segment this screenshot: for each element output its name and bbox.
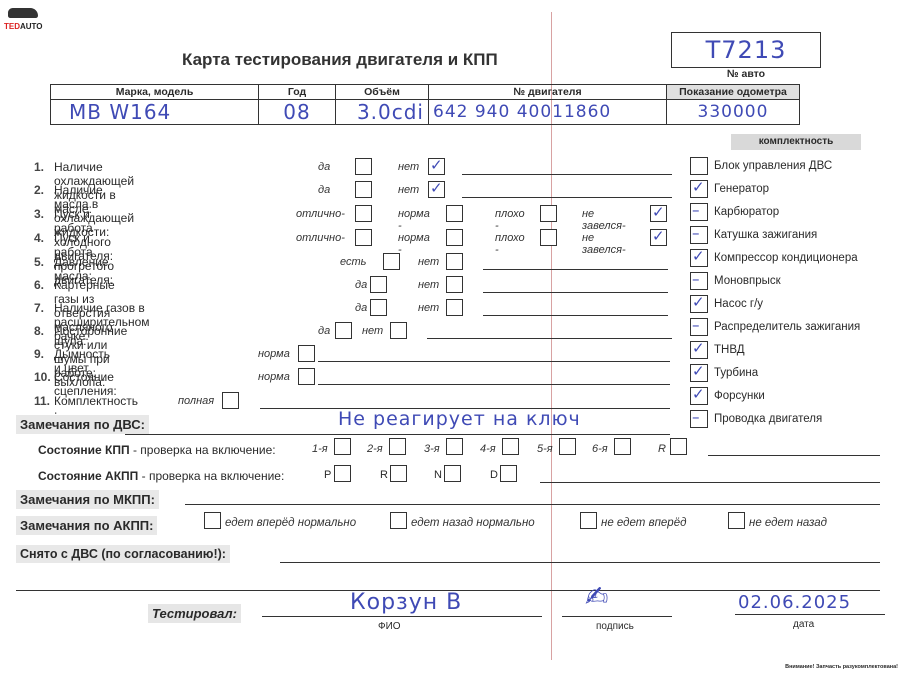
gear-label: R bbox=[658, 443, 666, 455]
option-label: да bbox=[318, 184, 330, 196]
test-date[interactable]: 02.06.2025 bbox=[738, 592, 851, 613]
check-mark-icon: – bbox=[692, 224, 700, 242]
checkbox[interactable] bbox=[446, 276, 463, 293]
akpp-option-label: не едет вперёд bbox=[601, 517, 686, 529]
signature[interactable]: ✍ bbox=[585, 580, 609, 613]
value-make-model: MB W164 bbox=[51, 100, 259, 125]
header-odometer: Показание одометра bbox=[667, 85, 800, 100]
remarks-ice-field[interactable]: Не реагирует на ключ bbox=[338, 408, 581, 430]
completeness-item[interactable]: –Проводка двигателя bbox=[690, 410, 822, 428]
akpp-option-checkbox[interactable] bbox=[390, 512, 407, 529]
akpp-option-label: едет вперёд нормально bbox=[225, 517, 356, 529]
option-label: нет bbox=[418, 302, 439, 314]
check-mark-icon: – bbox=[692, 201, 700, 219]
completeness-label: Проводка двигателя bbox=[714, 413, 822, 425]
checkbox[interactable]: ✓ bbox=[690, 249, 708, 267]
page-title: Карта тестирования двигателя и КПП bbox=[182, 50, 498, 70]
logo-text-red: TED bbox=[4, 22, 20, 31]
checkbox[interactable]: ✓ bbox=[690, 387, 708, 405]
check-number: 3. bbox=[34, 207, 44, 221]
checkbox[interactable] bbox=[355, 229, 372, 246]
check-number: 1. bbox=[34, 160, 44, 174]
answer-line[interactable] bbox=[462, 197, 672, 198]
header-volume: Объём bbox=[336, 85, 429, 100]
option-label: нет bbox=[362, 325, 383, 337]
akpp-option-checkbox[interactable] bbox=[580, 512, 597, 529]
checkbox[interactable]: – bbox=[690, 203, 708, 221]
position-label: D bbox=[490, 469, 498, 481]
completeness-item[interactable]: ✓Генератор bbox=[690, 180, 769, 198]
auto-number-box: Т7213 bbox=[671, 32, 821, 67]
completeness-item[interactable]: –Распределитель зажигания bbox=[690, 318, 860, 336]
akpp-option-label: не едет назад bbox=[749, 517, 827, 529]
value-volume: 3.0cdi bbox=[336, 100, 429, 125]
checkbox[interactable] bbox=[298, 368, 315, 385]
akpp-option-checkbox[interactable] bbox=[204, 512, 221, 529]
check-mark-icon: ✓ bbox=[692, 178, 705, 196]
completeness-label: Генератор bbox=[714, 183, 769, 195]
checkbox[interactable] bbox=[690, 157, 708, 175]
answer-line[interactable] bbox=[483, 315, 668, 316]
checkbox[interactable] bbox=[370, 299, 387, 316]
check-number: 4. bbox=[34, 231, 44, 245]
checkbox[interactable] bbox=[383, 253, 400, 270]
akpp-option-checkbox[interactable] bbox=[728, 512, 745, 529]
option-label: нет bbox=[398, 184, 419, 196]
completeness-item[interactable]: ✓ТНВД bbox=[690, 341, 745, 359]
header-engine-number: № двигателя bbox=[429, 85, 667, 100]
check-number: 7. bbox=[34, 301, 44, 315]
check-mark-icon: ✓ bbox=[430, 179, 443, 197]
footer-note: Внимание! Запчасть разукомплектована! bbox=[785, 664, 898, 670]
checkbox[interactable]: ✓ bbox=[690, 341, 708, 359]
checkbox[interactable]: ✓ bbox=[428, 181, 445, 198]
logo-text-dark: AUTO bbox=[20, 22, 43, 31]
completeness-label: Моновпрыск bbox=[714, 275, 781, 287]
completeness-item[interactable]: Блок управления ДВС bbox=[690, 157, 832, 175]
checkbox[interactable] bbox=[222, 392, 239, 409]
option-label: не завелся- bbox=[582, 208, 626, 232]
completeness-label: Блок управления ДВС bbox=[714, 160, 832, 172]
checkbox[interactable] bbox=[446, 253, 463, 270]
option-label: нет bbox=[398, 161, 419, 173]
gear-label: 2-я bbox=[367, 443, 383, 455]
gear-label: 3-я bbox=[424, 443, 440, 455]
check-mark-icon: ✓ bbox=[430, 156, 443, 174]
position-checkbox[interactable] bbox=[444, 465, 461, 482]
completeness-item[interactable]: –Катушка зажигания bbox=[690, 226, 817, 244]
completeness-label: Распределитель зажигания bbox=[714, 321, 860, 333]
completeness-label: Насос г/у bbox=[714, 298, 763, 310]
car-icon bbox=[8, 8, 38, 18]
option-label: отлично- bbox=[296, 208, 345, 220]
option-label: есть bbox=[340, 256, 366, 268]
completeness-item[interactable]: ✓Турбина bbox=[690, 364, 758, 382]
check-mark-icon: – bbox=[692, 270, 700, 288]
value-year: 08 bbox=[259, 100, 336, 125]
check-number: 9. bbox=[34, 347, 44, 361]
checkbox[interactable]: ✓ bbox=[650, 205, 667, 222]
value-odometer: 330000 bbox=[667, 100, 800, 125]
option-label: нет bbox=[418, 279, 439, 291]
position-checkbox[interactable] bbox=[390, 465, 407, 482]
answer-line[interactable] bbox=[318, 361, 670, 362]
check-mark-icon: ✓ bbox=[692, 339, 705, 357]
option-label: плохо - bbox=[495, 232, 525, 256]
check-mark-icon: – bbox=[692, 316, 700, 334]
checkbox[interactable]: ✓ bbox=[690, 364, 708, 382]
gear-checkbox[interactable] bbox=[670, 438, 687, 455]
check-mark-icon: ✓ bbox=[652, 227, 665, 245]
checkbox[interactable] bbox=[446, 205, 463, 222]
date-caption: дата bbox=[793, 619, 814, 630]
position-checkbox[interactable] bbox=[334, 465, 351, 482]
gear-label: 4-я bbox=[480, 443, 496, 455]
header-make-model: Марка, модель bbox=[51, 85, 259, 100]
remarks-mkpp-field[interactable] bbox=[185, 504, 880, 505]
option-label: норма - bbox=[398, 232, 430, 256]
position-checkbox[interactable] bbox=[500, 465, 517, 482]
checkbox[interactable]: – bbox=[690, 226, 708, 244]
answer-line[interactable] bbox=[483, 269, 668, 270]
check-mark-icon: ✓ bbox=[692, 293, 705, 311]
option-label: нет bbox=[418, 256, 439, 268]
check-number: 5. bbox=[34, 255, 44, 269]
option-label: отлично- bbox=[296, 232, 345, 244]
answer-line[interactable] bbox=[483, 292, 668, 293]
checkbox[interactable] bbox=[370, 276, 387, 293]
vehicle-table: Марка, модель Год Объём № двигателя Пока… bbox=[50, 84, 800, 125]
gear-label: 1-я bbox=[312, 443, 328, 455]
checkbox[interactable] bbox=[540, 205, 557, 222]
checkbox[interactable]: ✓ bbox=[690, 180, 708, 198]
checkbox[interactable]: ✓ bbox=[650, 229, 667, 246]
akpp-check-label: Состояние АКПП - проверка на включение: bbox=[38, 469, 284, 483]
answer-line[interactable] bbox=[318, 384, 670, 385]
check-mark-icon: ✓ bbox=[652, 203, 665, 221]
completeness-item[interactable]: –Карбюратор bbox=[690, 203, 779, 221]
removed-field[interactable] bbox=[280, 562, 880, 563]
option-label: норма - bbox=[398, 208, 430, 232]
check-mark-icon: – bbox=[692, 408, 700, 426]
akpp-option-label: едет назад нормально bbox=[411, 517, 535, 529]
tested-by-name[interactable]: Корзун В bbox=[350, 590, 462, 615]
position-label: N bbox=[434, 469, 442, 481]
gear-checkbox[interactable] bbox=[446, 438, 463, 455]
checkbox[interactable] bbox=[446, 229, 463, 246]
gear-label: 6-я bbox=[592, 443, 608, 455]
value-engine-number: 642 940 40011860 bbox=[429, 100, 667, 125]
completeness-label: Катушка зажигания bbox=[714, 229, 817, 241]
completeness-label: Форсунки bbox=[714, 390, 765, 402]
completeness-label: ТНВД bbox=[714, 344, 745, 356]
completeness-item[interactable]: ✓Компрессор кондиционера bbox=[690, 249, 858, 267]
completeness-item[interactable]: –Моновпрыск bbox=[690, 272, 781, 290]
gear-checkbox[interactable] bbox=[559, 438, 576, 455]
gear-checkbox[interactable] bbox=[334, 438, 351, 455]
check-mark-icon: ✓ bbox=[692, 247, 705, 265]
tested-by-label: Тестировал: bbox=[148, 604, 241, 623]
option-label: да bbox=[355, 302, 367, 314]
option-label: не завелся- bbox=[582, 232, 626, 256]
completeness-label: Турбина bbox=[714, 367, 758, 379]
option-label: норма bbox=[258, 371, 290, 383]
auto-number-value: Т7213 bbox=[672, 33, 820, 67]
completeness-item[interactable]: ✓Форсунки bbox=[690, 387, 765, 405]
logo: TEDAUTO bbox=[4, 8, 44, 31]
checkbox[interactable]: – bbox=[690, 410, 708, 428]
checkbox[interactable] bbox=[540, 229, 557, 246]
checkbox[interactable]: ✓ bbox=[428, 158, 445, 175]
option-label: плохо - bbox=[495, 208, 525, 232]
header-year: Год bbox=[259, 85, 336, 100]
remarks-ice-label: Замечания по ДВС: bbox=[16, 415, 149, 434]
checkbox[interactable] bbox=[355, 181, 372, 198]
check-mark-icon: ✓ bbox=[692, 362, 705, 380]
check-mark-icon: ✓ bbox=[692, 385, 705, 403]
completeness-item[interactable]: ✓Насос г/у bbox=[690, 295, 763, 313]
check-number: 11. bbox=[34, 394, 50, 408]
gear-checkbox[interactable] bbox=[389, 438, 406, 455]
option-label: полная bbox=[178, 395, 214, 407]
option-label: норма bbox=[258, 348, 290, 360]
name-caption: ФИО bbox=[378, 621, 401, 632]
remarks-akpp-label: Замечания по АКПП: bbox=[16, 516, 157, 535]
removed-label: Снято с ДВС (по согласованию!): bbox=[16, 545, 230, 563]
check-number: 10. bbox=[34, 370, 51, 384]
gear-label: 5-я bbox=[537, 443, 553, 455]
auto-number-label: № авто bbox=[671, 67, 821, 80]
option-label: да bbox=[318, 161, 330, 173]
position-label: P bbox=[324, 469, 331, 481]
remarks-mkpp-label: Замечания по МКПП: bbox=[16, 490, 159, 509]
answer-line[interactable] bbox=[462, 174, 672, 175]
option-label: да bbox=[355, 279, 367, 291]
completeness-label: Компрессор кондиционера bbox=[714, 252, 858, 264]
answer-line[interactable] bbox=[427, 338, 672, 339]
gear-checkbox[interactable] bbox=[614, 438, 631, 455]
checkbox[interactable] bbox=[298, 345, 315, 362]
completeness-header: комплектность bbox=[731, 134, 861, 150]
check-number: 2. bbox=[34, 183, 44, 197]
checkbox[interactable] bbox=[335, 322, 352, 339]
checkbox[interactable] bbox=[446, 299, 463, 316]
check-number: 8. bbox=[34, 324, 44, 338]
checkbox[interactable] bbox=[355, 205, 372, 222]
checkbox[interactable]: ✓ bbox=[690, 295, 708, 313]
checkbox[interactable]: – bbox=[690, 272, 708, 290]
check-number: 6. bbox=[34, 278, 44, 292]
checkbox[interactable]: – bbox=[690, 318, 708, 336]
signature-caption: подпись bbox=[596, 621, 634, 632]
completeness-label: Карбюратор bbox=[714, 206, 779, 218]
kpp-check-label: Состояние КПП - проверка на включение: bbox=[38, 443, 276, 457]
gear-checkbox[interactable] bbox=[502, 438, 519, 455]
checkbox[interactable] bbox=[355, 158, 372, 175]
option-label: да bbox=[318, 325, 330, 337]
position-label: R bbox=[380, 469, 388, 481]
checkbox[interactable] bbox=[390, 322, 407, 339]
